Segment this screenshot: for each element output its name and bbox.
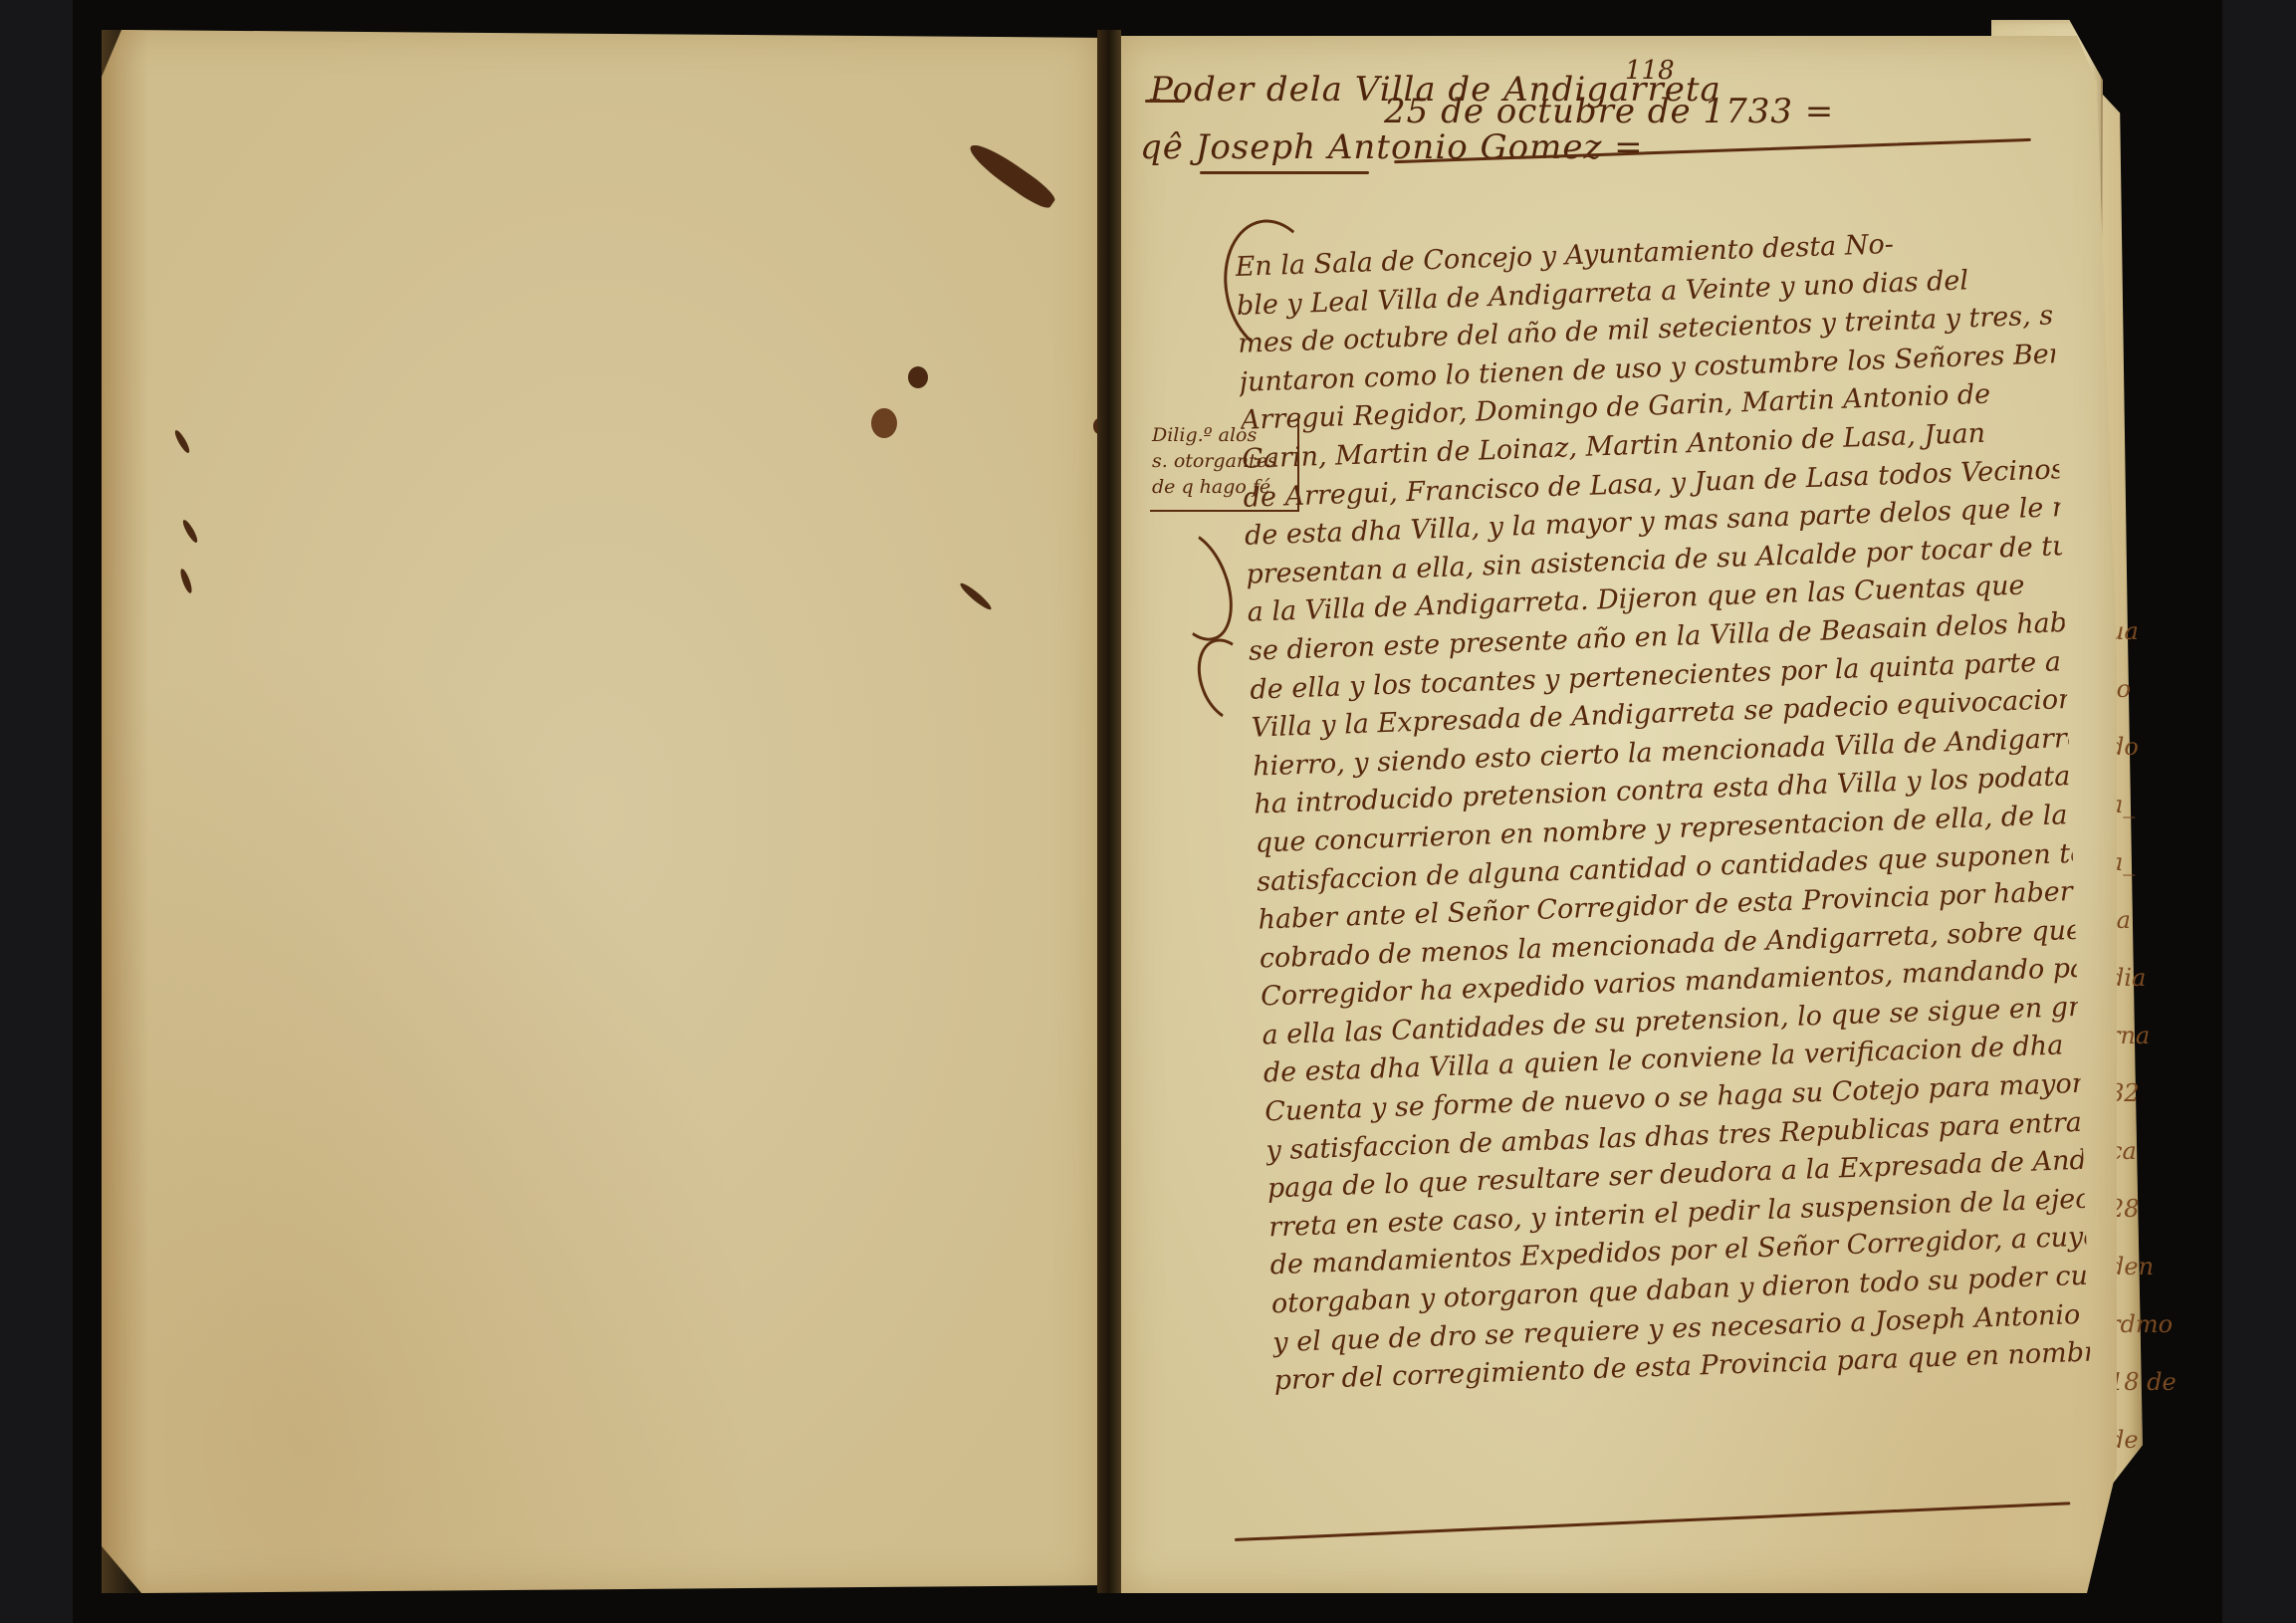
left-page-stained-edge: [102, 30, 149, 1593]
left-page-verso: [102, 30, 1097, 1593]
header-date: 25 de octubre de 1733 =: [1384, 92, 1834, 131]
fragment: la: [2109, 906, 2179, 964]
fragment: rdmo: [2109, 1310, 2179, 1368]
header-grantee-line: qê Joseph Antonio Gomez =: [1140, 127, 1644, 167]
fragment: a_: [2109, 848, 2179, 906]
header-underline: [1200, 171, 1369, 174]
fragment: 82: [2109, 1079, 2179, 1137]
fragment: do: [2109, 733, 2179, 791]
fragment: ca: [2109, 1137, 2179, 1195]
fragment: lo: [2109, 675, 2179, 733]
fragment: 18 de: [2109, 1368, 2179, 1426]
book-gutter: [1097, 30, 1121, 1593]
fragment: dia: [2109, 964, 2179, 1022]
right-border-band: [2222, 0, 2296, 1623]
stacked-leaf-text-fragments: ua lo do a_ a_ la dia rna 82 ca 28 den r…: [2109, 617, 2179, 1484]
fragment: rna: [2109, 1022, 2179, 1079]
left-border-band: [0, 0, 73, 1623]
deed-body-text: En la Sala de Concejo y Ayuntamiento des…: [1235, 220, 2091, 1401]
fragment: de: [2109, 1426, 2179, 1484]
fragment: 28: [2109, 1195, 2179, 1253]
ink-blot: [908, 366, 928, 388]
fragment: ua: [2109, 617, 2179, 675]
fragment: den: [2109, 1253, 2179, 1310]
ink-blot: [871, 408, 897, 438]
header-underline: [1145, 100, 1185, 103]
fragment: a_: [2109, 791, 2179, 848]
